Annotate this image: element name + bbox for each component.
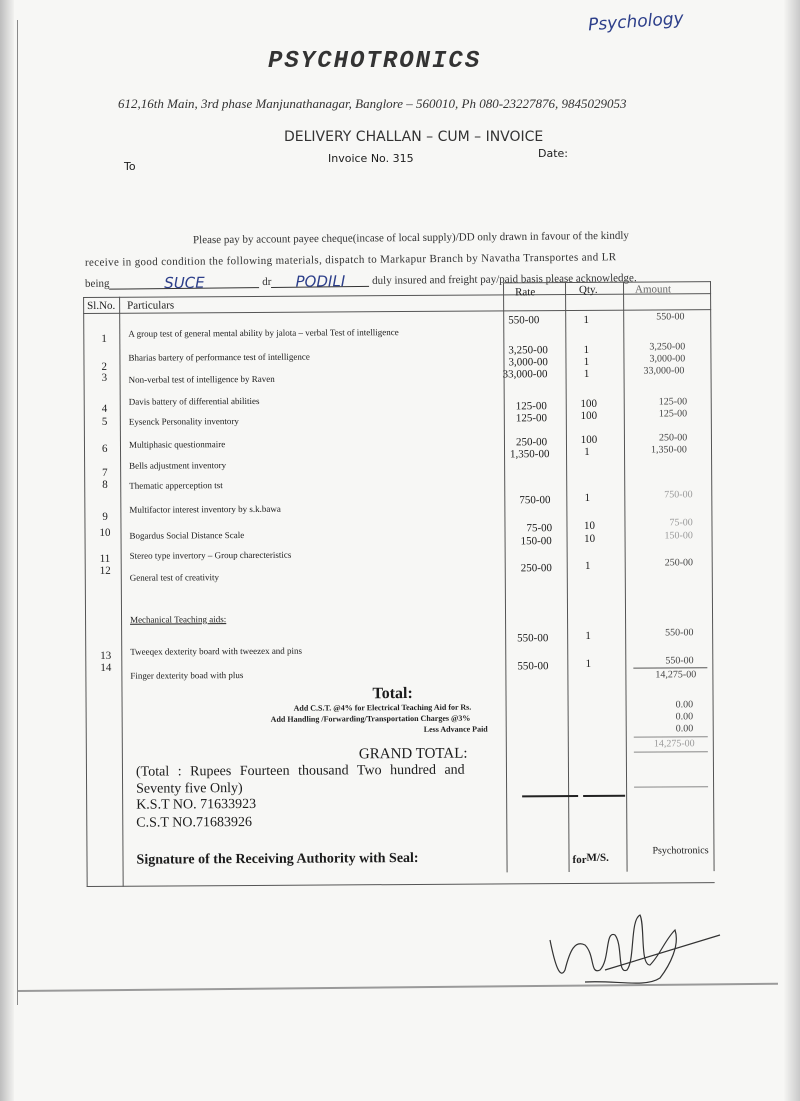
row-8-particulars: Thematic apperception tst — [129, 480, 223, 491]
amount-in-words-line2: Seventy five Only) — [136, 781, 243, 798]
row-7-sl: 7 — [102, 467, 108, 479]
cst-charge-value: 0.00 — [676, 699, 694, 710]
header-sl-no: Sl.No. — [87, 300, 115, 312]
row-13-rate: 550-00 — [517, 632, 548, 644]
handling-charge-value: 0.00 — [676, 711, 694, 722]
qty-column-border — [565, 282, 570, 872]
row-12-qty: 1 — [578, 560, 598, 572]
row-4-sl: 4 — [102, 403, 108, 415]
advance-paid-value: 0.00 — [676, 723, 694, 734]
row-12-particulars: General test of creativity — [130, 572, 219, 583]
header-amount: Amount — [635, 283, 671, 295]
kst-number: K.S.T NO. 71633923 — [136, 797, 256, 814]
row-2-qty: 1 — [576, 344, 596, 356]
row-11-rate: 150-00 — [521, 535, 552, 547]
row-2-rate: 3,250-00 — [508, 344, 547, 356]
row-1-sl: 1 — [101, 333, 107, 345]
row-3-rate: 3,000-00 — [508, 356, 547, 368]
row-6-qty: 100 — [574, 434, 604, 446]
row-4-rate: 125-00 — [516, 400, 547, 412]
grand-total-label: GRAND TOTAL: — [359, 746, 468, 764]
row-10-rate: 75-00 — [526, 522, 552, 534]
row-3-particulars: Non-verbal test of intelligence by Raven — [129, 374, 275, 385]
row-3-qty: 1 — [576, 356, 596, 368]
document-title: DELIVERY CHALLAN – CUM – INVOICE — [284, 129, 543, 145]
row-6-rate: 250-00 — [516, 436, 547, 448]
row-11-particulars: Stereo type invertory – Group charecteri… — [130, 550, 292, 561]
row-7-amount: 1,350-00 — [651, 444, 687, 455]
row-9-rate: 750-00 — [519, 494, 550, 506]
row-6-amount: 250-00 — [659, 432, 687, 443]
page-edge-left — [0, 0, 14, 1101]
row-10-sl: 10 — [99, 527, 110, 539]
row-1-amount: 550-00 — [656, 311, 684, 322]
cst-number: C.S.T NO.71683926 — [136, 815, 252, 832]
company-address: 612,16th Main, 3rd phase Manjunathanagar… — [118, 96, 627, 112]
row-9-particulars: Multifactor interest inventory by s.k.ba… — [129, 504, 281, 515]
grand-total-rule-bottom — [634, 751, 708, 752]
row-5-qty: 100 — [574, 410, 604, 422]
amount-signoff-rule — [634, 786, 708, 787]
invoice-table: Sl.No. Particulars Rate Qty. Amount 1 A … — [83, 281, 715, 887]
row-12-amount: 250-00 — [665, 557, 693, 568]
date-label: Date: — [538, 147, 568, 160]
row-5-particulars: Eysenck Personality inventory — [129, 416, 239, 427]
ms-label: M/S. — [586, 852, 608, 864]
row-11-sl: 11 — [100, 553, 111, 565]
frame-line-left — [17, 20, 18, 1005]
row-13-sl: 13 — [100, 650, 111, 662]
header-rate: Rate — [515, 286, 535, 298]
row-9-sl: 9 — [102, 511, 108, 523]
row-10-particulars: Bogardus Social Distance Scale — [130, 530, 245, 541]
table-bottom-border — [87, 882, 715, 887]
row-3b-qty: 1 — [577, 368, 597, 380]
row-12-rate: 250-00 — [521, 562, 552, 574]
header-bottom-border — [83, 309, 711, 314]
row-14-rate: 550-00 — [517, 660, 548, 672]
row-13-amount: 550-00 — [665, 627, 693, 638]
row-12-sl: 12 — [100, 565, 111, 577]
amount-in-words-line1: (Total : Rupees Fourteen thousand Two hu… — [136, 763, 465, 781]
row-9-amount: 750-00 — [664, 489, 692, 500]
dispatch-instruction: receive in good condition the following … — [85, 251, 617, 269]
row-7-particulars: Bells adjustment inventory — [129, 460, 226, 471]
row-5-sl: 5 — [102, 416, 108, 428]
row-1-particulars: A group test of general mental ability b… — [128, 327, 398, 339]
table-left-border — [83, 297, 88, 887]
row-11-qty: 10 — [575, 533, 605, 545]
table-right-border — [710, 281, 715, 871]
row-3b-rate: 33,000-00 — [503, 368, 548, 380]
row-5-rate: 125-00 — [516, 412, 547, 424]
row-13-qty: 1 — [578, 630, 598, 642]
row-3-sl: 3 — [102, 372, 108, 384]
row-10-amount: 75-00 — [669, 517, 692, 528]
row-3-amount: 3,000-00 — [649, 353, 685, 364]
row-10-qty: 10 — [574, 520, 604, 532]
page-edge-right — [784, 0, 800, 1101]
grand-total-value: 14,275-00 — [654, 738, 695, 749]
row-7-qty: 1 — [577, 446, 597, 458]
row-14-amount: 550-00 — [665, 655, 693, 666]
for-label: for — [572, 854, 586, 866]
table-top-border — [83, 293, 711, 298]
row-4-qty: 100 — [574, 398, 604, 410]
company-signoff: Psychotronics — [652, 845, 708, 856]
to-label: To — [124, 160, 136, 173]
amount-column-border — [623, 282, 628, 872]
section-mechanical-teaching-aids: Mechanical Teaching aids: — [130, 614, 226, 625]
invoice-number: Invoice No. 315 — [328, 152, 414, 165]
row-4-amount: 125-00 — [659, 396, 687, 407]
row-6-sl: 6 — [102, 443, 108, 455]
header-top-border — [503, 281, 711, 283]
row-4-particulars: Davis battery of differential abilities — [129, 396, 260, 407]
payment-instruction: Please pay by account payee cheque(incas… — [193, 230, 629, 247]
handwritten-annotation: Psychology — [587, 9, 684, 36]
row-2-amount: 3,250-00 — [649, 341, 685, 352]
header-qty: Qty. — [579, 284, 598, 296]
total-label: Total: — [372, 685, 412, 703]
cst-charge-label: Add C.S.T. @4% for Electrical Teaching A… — [294, 703, 472, 713]
advance-paid-label: Less Advance Paid — [424, 725, 488, 734]
company-name: PSYCHOTRONICS — [268, 48, 481, 75]
row-11-amount: 150-00 — [665, 530, 693, 541]
row-1-rate: 550-00 — [508, 314, 539, 326]
subtotal-value: 14,275-00 — [655, 669, 696, 680]
row-5-amount: 125-00 — [659, 408, 687, 419]
row-2-particulars: Bharias bartery of performance test of i… — [128, 352, 309, 363]
row-9-qty: 1 — [577, 492, 597, 504]
row-8-sl: 8 — [102, 479, 108, 491]
row-3b-amount: 33,000-00 — [644, 365, 685, 376]
row-7-rate: 1,350-00 — [510, 448, 549, 460]
rate-signoff-rule — [522, 795, 578, 797]
row-14-qty: 1 — [578, 658, 598, 670]
row-1-qty: 1 — [576, 314, 596, 326]
header-particulars: Particulars — [127, 299, 174, 311]
row-14-sl: 14 — [100, 662, 111, 674]
sl-column-border — [119, 297, 124, 887]
receiving-signature-label: Signature of the Receiving Authority wit… — [136, 851, 418, 869]
row-13-particulars: Tweeqex dexterity board with tweezex and… — [130, 646, 302, 657]
row-14-particulars: Finger dexterity boad with plus — [130, 670, 243, 681]
handling-charge-label: Add Handling /Forwarding/Transportation … — [271, 714, 471, 724]
qty-signoff-rule — [583, 795, 625, 797]
signature-scribble — [545, 910, 725, 990]
row-6-particulars: Multiphasic questionmaire — [129, 439, 225, 450]
